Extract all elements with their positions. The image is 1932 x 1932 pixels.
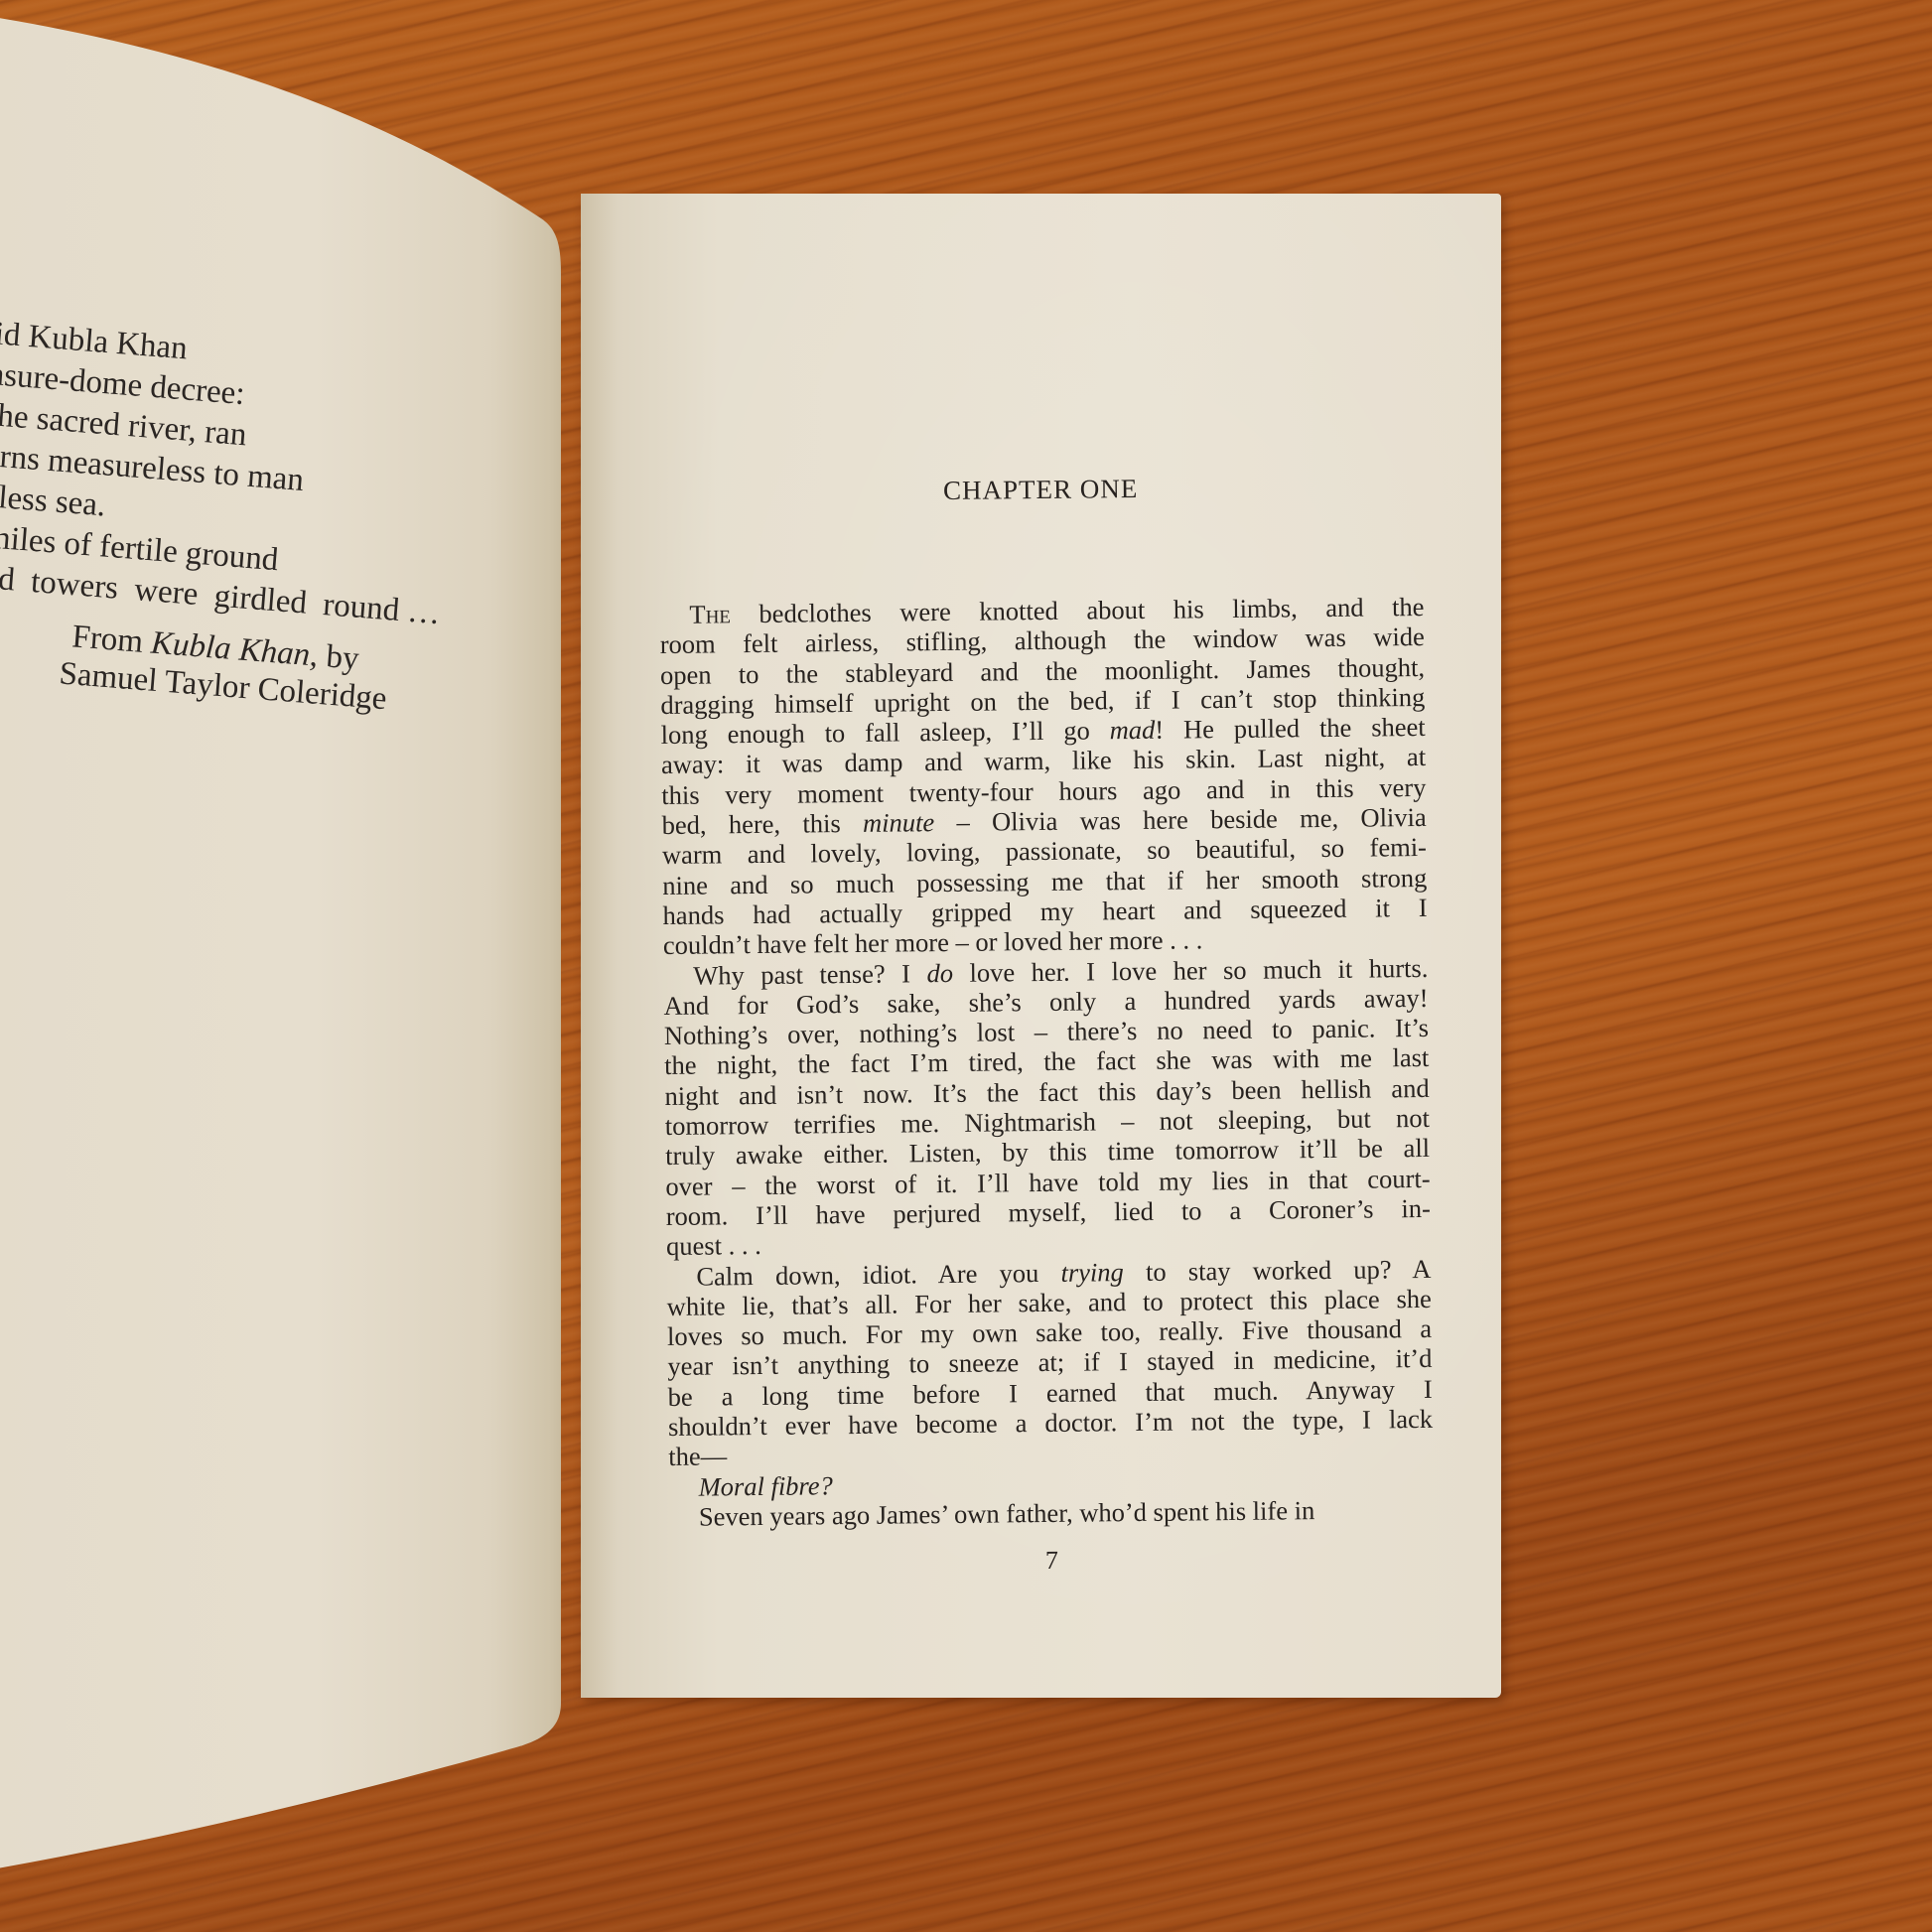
attribution-suffix: , by	[309, 637, 360, 677]
attribution-prefix: From	[70, 619, 152, 660]
right-page: CHAPTER ONE The bedclothes were knotted …	[581, 194, 1501, 1698]
left-page: did Kubla Khan easure-dome decree: , the…	[0, 15, 581, 1871]
page-number: 7	[669, 1542, 1434, 1580]
epigraph: did Kubla Khan easure-dome decree: , the…	[0, 313, 534, 728]
body-text: The bedclothes were knotted about his li…	[659, 592, 1434, 1532]
chapter-title: CHAPTER ONE	[658, 471, 1423, 509]
